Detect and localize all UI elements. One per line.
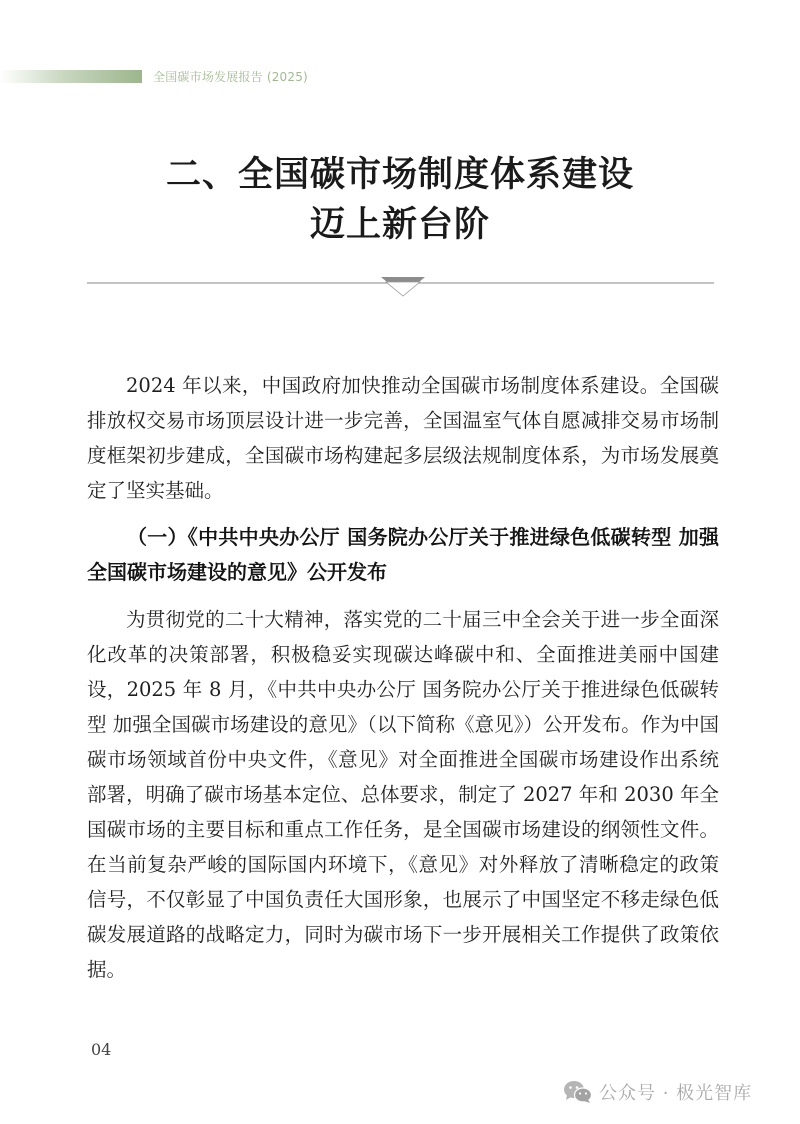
watermark: 公众号 · 极光智库 xyxy=(563,1079,752,1105)
wechat-icon xyxy=(563,1080,593,1104)
title-divider xyxy=(87,276,714,298)
chapter-title-line1: 二、全国碳市场制度体系建设 xyxy=(0,150,800,200)
running-header: 全国碳市场发展报告 (2025) xyxy=(0,70,800,84)
divider-triangle-icon xyxy=(87,276,714,298)
body-content: 2024 年以来，中国政府加快推动全国碳市场制度体系建设。全国碳排放权交易市场顶… xyxy=(87,368,719,987)
running-title: 全国碳市场发展报告 (2025) xyxy=(153,68,308,85)
intro-paragraph: 2024 年以来，中国政府加快推动全国碳市场制度体系建设。全国碳排放权交易市场顶… xyxy=(87,368,719,508)
section-paragraph: 为贯彻党的二十大精神，落实党的二十届三中全会关于进一步全面深化改革的决策部署，积… xyxy=(87,602,719,987)
chapter-title-line2: 迈上新台阶 xyxy=(0,200,800,250)
watermark-text: 公众号 · 极光智库 xyxy=(599,1079,752,1105)
section-heading: （一）《中共中央办公厅 国务院办公厅关于推进绿色低碳转型 加强全国碳市场建设的意… xyxy=(87,520,719,590)
header-gradient-bar xyxy=(0,70,142,83)
chapter-title: 二、全国碳市场制度体系建设 迈上新台阶 xyxy=(0,150,800,250)
page-number: 04 xyxy=(91,1040,111,1059)
